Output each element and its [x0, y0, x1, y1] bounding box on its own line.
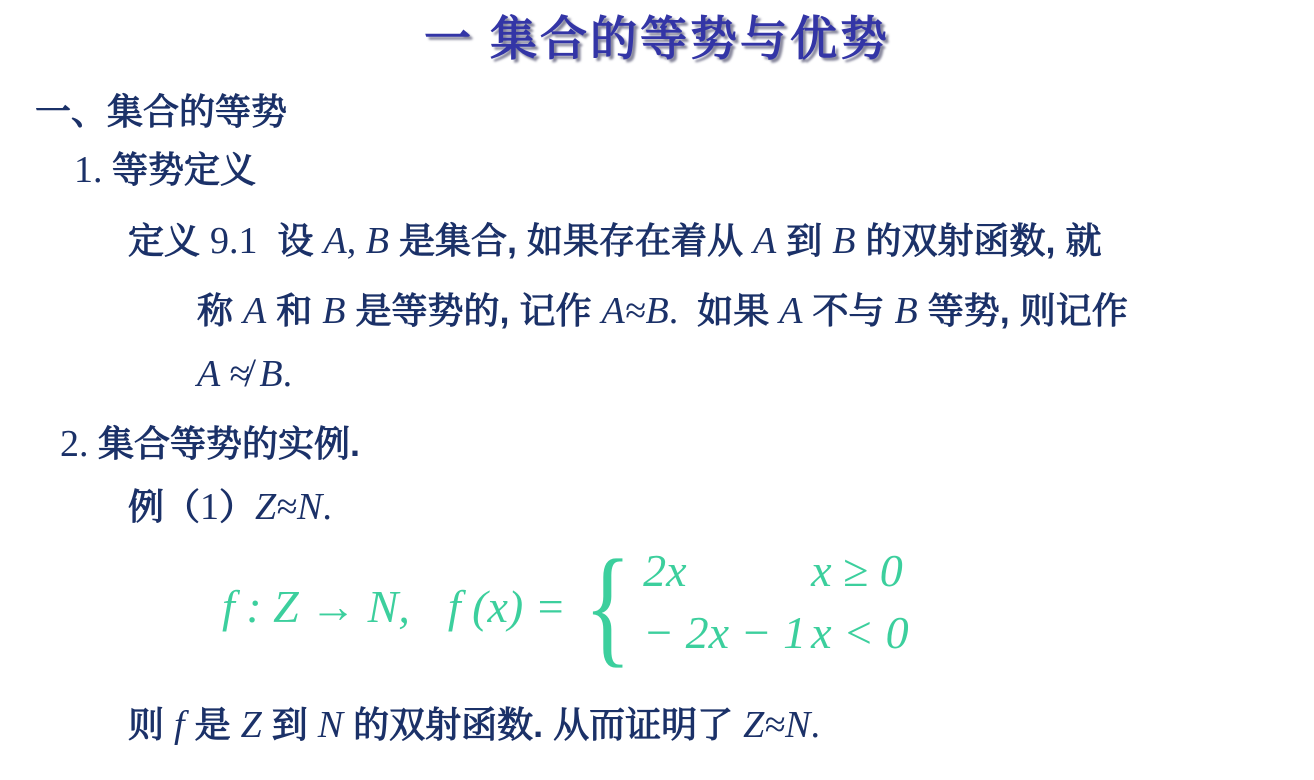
- text-segment: 集合等势的实例.: [98, 423, 360, 464]
- piecewise-function-formula: f : Z → N, f (x) = { 2x x ≥ 0 − 2x − 1 x…: [222, 543, 909, 669]
- text-segment: 称: [197, 290, 243, 331]
- definition-line-3: A ≉ B.: [197, 354, 292, 396]
- case-1-condition: x ≥ 0: [811, 544, 903, 597]
- text-segment: 到: [262, 704, 318, 745]
- text-segment: Z≈N: [743, 704, 810, 746]
- text-segment: 等势, 则记作: [918, 290, 1128, 331]
- section-heading: 一、集合的等势: [35, 92, 287, 132]
- text-segment: B: [895, 290, 918, 332]
- text-segment: f: [174, 704, 185, 746]
- text-segment: 9.1: [210, 220, 258, 262]
- definition-line-2: 称 A 和 B 是等势的, 记作 A≈B. 如果 A 不与 B 等势, 则记作: [197, 291, 1128, 333]
- text-segment: 等势定义: [112, 149, 256, 190]
- conclusion-line: 则 f 是 Z 到 N 的双射函数. 从而证明了 Z≈N.: [128, 705, 820, 747]
- text-segment: .: [810, 704, 820, 746]
- text-segment: B: [366, 220, 389, 262]
- text-segment: 到: [776, 220, 832, 261]
- text-segment: 如果: [697, 290, 779, 331]
- formula-cases: 2x x ≥ 0 − 2x − 1 x < 0: [643, 544, 908, 668]
- text-segment: A: [753, 220, 776, 262]
- text-segment: 例（: [128, 486, 200, 527]
- text-segment: 一、集合的等势: [35, 91, 287, 132]
- text-segment: .: [283, 353, 293, 395]
- list-item-2: 2. 集合等势的实例.: [60, 424, 360, 466]
- formula-map-declaration: f : Z → N,: [222, 580, 410, 633]
- text-segment: A: [324, 220, 347, 262]
- text-segment: 是等势的, 记作: [345, 290, 601, 331]
- text-segment: 1: [200, 486, 219, 528]
- text-segment: 的双射函数. 从而证明了: [343, 704, 743, 745]
- slide: 一 集合的等势与优势 一、集合的等势 1. 等势定义 定义 9.1 设 A, B…: [0, 0, 1314, 780]
- text-segment: .: [669, 290, 698, 332]
- text-segment: 定义: [128, 220, 210, 261]
- list-item-1: 1. 等势定义: [74, 150, 256, 192]
- case-row-1: 2x x ≥ 0: [643, 544, 908, 606]
- case-2-expression: − 2x − 1: [643, 606, 811, 659]
- text-segment: 设: [258, 220, 324, 261]
- formula-fx-equals: f (x) =: [448, 580, 566, 633]
- text-segment: N: [318, 704, 343, 746]
- definition-line-1: 定义 9.1 设 A, B 是集合, 如果存在着从 A 到 B 的双射函数, 就: [128, 221, 1101, 263]
- text-segment: A: [779, 290, 802, 332]
- text-segment: ,: [347, 220, 366, 262]
- text-segment: 1.: [74, 149, 112, 191]
- slide-title: 一 集合的等势与优势: [0, 2, 1314, 69]
- text-segment: Z: [241, 704, 262, 746]
- text-segment: 是集合, 如果存在着从: [389, 220, 753, 261]
- text-segment: B: [832, 220, 855, 262]
- text-segment: 的双射函数, 就: [855, 220, 1101, 261]
- text-segment: A ≉ B: [197, 353, 283, 395]
- text-segment: 是: [185, 704, 241, 745]
- text-segment: A≈B: [601, 290, 668, 332]
- case-2-condition: x < 0: [811, 606, 908, 659]
- text-segment: .: [322, 486, 332, 528]
- text-segment: B: [322, 290, 345, 332]
- text-segment: 则: [128, 704, 174, 745]
- text-segment: Z≈N: [255, 486, 322, 528]
- text-segment: 和: [266, 290, 322, 331]
- case-1-expression: 2x: [643, 544, 811, 597]
- text-segment: 不与: [803, 290, 895, 331]
- text-segment: ）: [219, 486, 255, 527]
- case-row-2: − 2x − 1 x < 0: [643, 606, 908, 668]
- text-segment: A: [243, 290, 266, 332]
- example-line: 例（1）Z≈N.: [128, 487, 332, 529]
- left-brace-glyph: {: [584, 543, 632, 669]
- text-segment: 2.: [60, 423, 98, 465]
